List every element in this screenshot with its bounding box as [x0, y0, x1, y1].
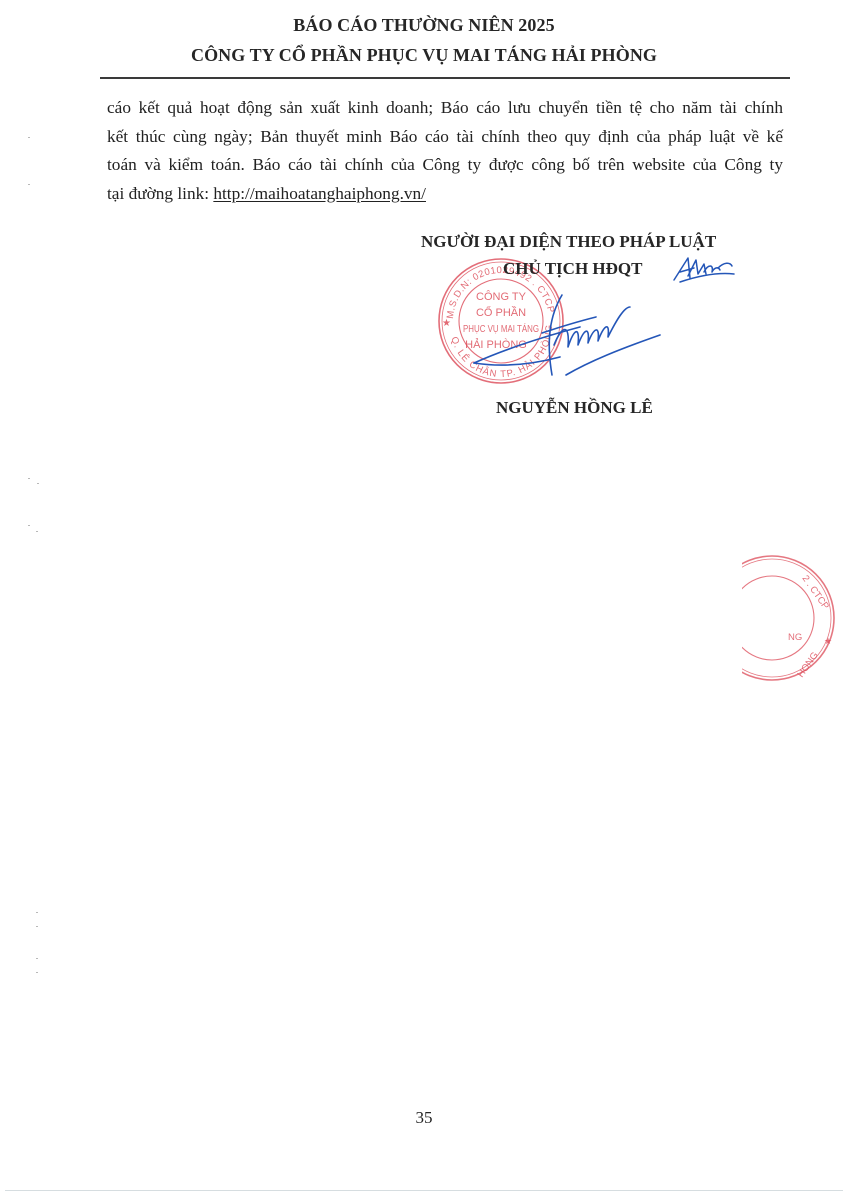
scan-speck — [28, 525, 30, 526]
body-paragraph: cáo kết quả hoạt động sản xuất kinh doan… — [107, 94, 783, 208]
body-line-link: tại đường link: http://maihoatanghaiphon… — [107, 180, 783, 209]
link-prefix: tại đường link: — [107, 184, 213, 203]
edge-stamp-text: HONG — [795, 650, 820, 680]
edge-stamp-fragment: 2 . CTCP NG ★ HONG — [742, 548, 848, 688]
handwritten-signature-icon — [470, 285, 670, 385]
body-line: toán và kiểm toán. Báo cáo tài chính của… — [107, 151, 783, 180]
scan-speck — [36, 958, 38, 959]
header-divider — [100, 77, 790, 79]
edge-stamp-text: 2 . CTCP — [800, 573, 831, 611]
signatory-name: NGUYỄN HỒNG LÊ — [496, 398, 653, 418]
page-number: 35 — [0, 1108, 848, 1128]
stamp-star-icon: ★ — [442, 318, 451, 329]
scan-speck — [36, 926, 38, 927]
website-link[interactable]: http://maihoatanghaiphong.vn/ — [213, 184, 426, 203]
scan-speck — [36, 912, 38, 913]
scan-speck — [36, 531, 38, 532]
document-header: BÁO CÁO THƯỜNG NIÊN 2025 CÔNG TY CỔ PHẦN… — [0, 10, 848, 70]
edge-stamp-star-icon: ★ — [824, 636, 832, 646]
company-name: CÔNG TY CỔ PHẦN PHỤC VỤ MAI TÁNG HẢI PHÒ… — [0, 40, 848, 70]
scan-speck — [28, 184, 30, 185]
report-title: BÁO CÁO THƯỜNG NIÊN 2025 — [0, 10, 848, 40]
scan-speck — [37, 483, 39, 484]
body-line: cáo kết quả hoạt động sản xuất kinh doan… — [107, 94, 783, 123]
initials-signature-icon — [668, 254, 738, 286]
scan-speck — [36, 972, 38, 973]
footer-edge-line — [5, 1190, 843, 1191]
scan-speck — [28, 137, 30, 138]
scan-speck — [28, 478, 30, 479]
edge-stamp-text: NG — [788, 632, 802, 643]
chairman-title: CHỦ TỊCH HĐQT — [503, 259, 643, 279]
legal-representative-title: NGƯỜI ĐẠI DIỆN THEO PHÁP LUẬT — [421, 232, 716, 252]
body-line: kết thúc cùng ngày; Bản thuyết minh Báo … — [107, 123, 783, 152]
